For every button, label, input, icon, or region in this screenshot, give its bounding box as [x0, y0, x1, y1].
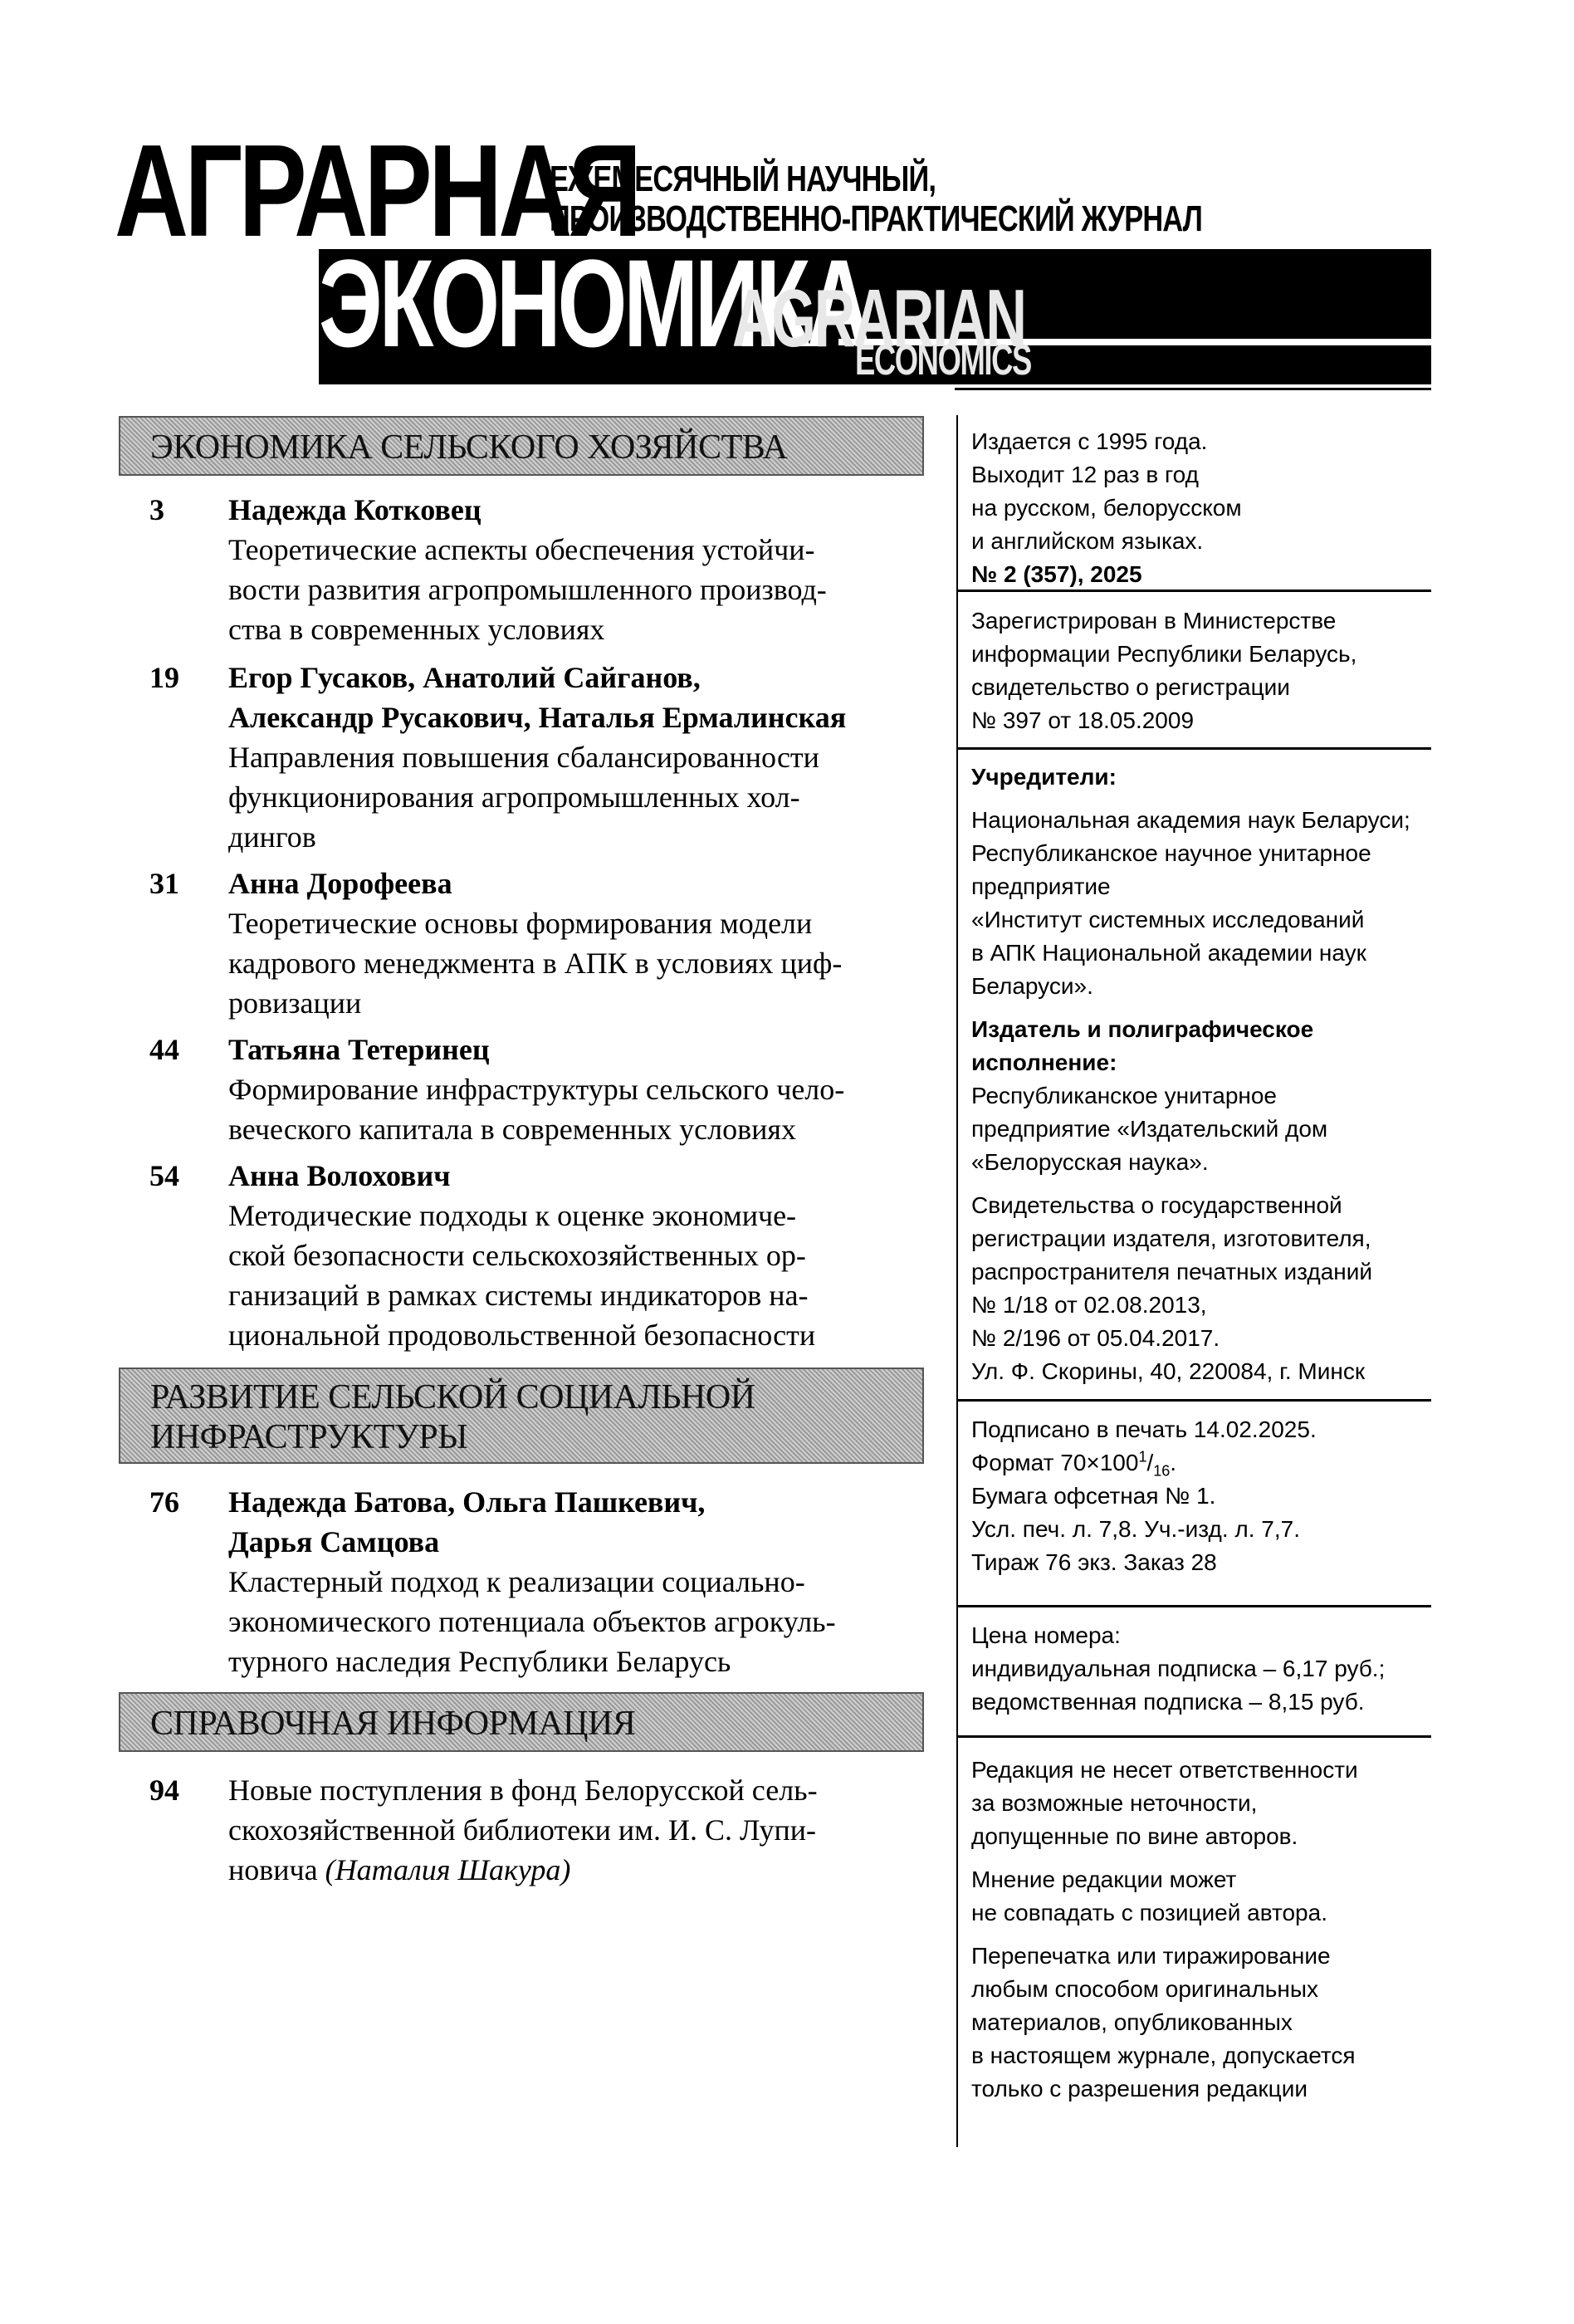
registration-block: Зарегистрирован в Министерстве информаци… — [971, 604, 1444, 737]
disclaimer-line: любым способом оригинальных — [971, 1973, 1444, 2006]
disclaimer-line: Редакция не несет ответственности — [971, 1754, 1444, 1787]
entry-title-line: Теоретические основы формирования модели — [228, 903, 913, 943]
entry-title-line: скохозяйственной библиотеки им. И. С. Лу… — [228, 1810, 913, 1850]
section-title-line: РАЗВИТИЕ СЕЛЬСКОЙ СОЦИАЛЬНОЙ — [150, 1377, 922, 1417]
signed-date: Подписано в печать 14.02.2025. — [971, 1413, 1444, 1446]
section-title-line: ИНФРАСТРУКТУРЫ — [150, 1417, 922, 1457]
format: Формат 70×1001/16. — [971, 1446, 1444, 1480]
founders-line: предприятие — [971, 870, 1444, 903]
divider — [956, 590, 1431, 592]
print-info-block: Подписано в печать 14.02.2025. Формат 70… — [971, 1413, 1444, 1579]
entry-title-line: новича — [228, 1853, 325, 1886]
disclaimer-block: Редакция не несет ответственности за воз… — [971, 1754, 1444, 2106]
toc-entry[interactable]: 54 Анна Волохович Методические подходы к… — [149, 1156, 913, 1355]
certificate-line: № 1/18 от 02.08.2013, — [971, 1289, 1444, 1322]
sheets: Усл. печ. л. 7,8. Уч.-изд. л. 7,7. — [971, 1513, 1444, 1546]
address: Ул. Ф. Скорины, 40, 220084, г. Минск — [971, 1355, 1444, 1388]
entry-authors: Надежда Батова, Ольга Пашкевич, — [228, 1482, 913, 1522]
journal-subtitle: ЕЖЕМЕСЯЧНЫЙ НАУЧНЫЙ, ПРОИЗВОДСТВЕННО-ПРА… — [550, 159, 1202, 239]
page-number: 3 — [149, 490, 216, 530]
subtitle-line1: ЕЖЕМЕСЯЧНЫЙ НАУЧНЫЙ, — [550, 159, 1202, 199]
disclaimer-line: за возможные неточности, — [971, 1787, 1444, 1820]
publisher-line: Республиканское унитарное — [971, 1079, 1444, 1113]
divider — [956, 747, 1431, 750]
entry-authors: Анна Волохович — [228, 1156, 913, 1196]
publisher-line: предприятие «Издательский дом — [971, 1113, 1444, 1146]
publisher-label: Издатель и полиграфическое — [971, 1013, 1444, 1046]
page-number: 76 — [149, 1482, 216, 1522]
disclaimer-line: Мнение редакции может — [971, 1863, 1444, 1896]
toc-entry[interactable]: 19 Егор Гусаков, Анатолий Сайганов, Алек… — [149, 658, 913, 857]
registration-line: информации Республики Беларусь, — [971, 638, 1444, 671]
page-number: 44 — [149, 1030, 216, 1069]
certificate-line: распространителя печатных изданий — [971, 1255, 1444, 1289]
entry-title-line: Формирование инфраструктуры сельского че… — [228, 1069, 913, 1109]
disclaimer-line: только с разрешения редакции — [971, 2072, 1444, 2106]
entry-authors: Анна Дорофеева — [228, 864, 913, 903]
entry-title-line: веческого капитала в современных условия… — [228, 1109, 913, 1149]
divider — [956, 1399, 1431, 1402]
toc-entry[interactable]: 3 Надежда Котковец Теоретические аспекты… — [149, 490, 913, 649]
publisher-line: «Белорусская наука». — [971, 1146, 1444, 1179]
price-individual: индивидуальная подписка – 6,17 руб.; — [971, 1652, 1444, 1686]
disclaimer-line: в настоящем журнале, допускается — [971, 2039, 1444, 2072]
disclaimer-line: Перепечатка или тиражирование — [971, 1940, 1444, 1973]
entry-title-line: турного наследия Республики Беларусь — [228, 1641, 913, 1681]
founders-line: Беларуси». — [971, 970, 1444, 1003]
registration-line: Зарегистрирован в Министерстве — [971, 604, 1444, 638]
certificate-line: Свидетельства о государственной — [971, 1189, 1444, 1222]
registration-line: № 397 от 18.05.2009 — [971, 704, 1444, 737]
page-number: 19 — [149, 658, 216, 697]
about-block: Издается с 1995 года. Выходит 12 раз в г… — [971, 425, 1444, 591]
toc-entry[interactable]: 76 Надежда Батова, Ольга Пашкевич, Дарья… — [149, 1482, 913, 1681]
entry-title-line: Методические подходы к оценке экономиче- — [228, 1196, 913, 1235]
column-divider — [956, 415, 958, 2147]
entry-authors: Александр Русакович, Наталья Ермалинская — [228, 697, 913, 737]
disclaimer-line: не совпадать с позицией автора. — [971, 1896, 1444, 1930]
print-run: Тираж 76 экз. Заказ 28 — [971, 1546, 1444, 1579]
entry-title-line: кадрового менеджмента в АПК в условиях ц… — [228, 943, 913, 983]
entry-title-line: Кластерный подход к реализации социально… — [228, 1562, 913, 1602]
journal-title-en2: ECONOMICS — [855, 339, 1031, 382]
publisher-label: исполнение: — [971, 1046, 1444, 1079]
about-line: Издается с 1995 года. — [971, 425, 1444, 458]
issue-number: № 2 (357), 2025 — [971, 558, 1444, 591]
price-block: Цена номера: индивидуальная подписка – 6… — [971, 1619, 1444, 1719]
banner-underline — [955, 388, 1431, 390]
section-header-agri-economics: ЭКОНОМИКА СЕЛЬСКОГО ХОЗЯЙСТВА — [119, 416, 924, 476]
disclaimer-line: допущенные по вине авторов. — [971, 1820, 1444, 1853]
divider — [956, 1605, 1431, 1607]
page-number: 31 — [149, 864, 216, 903]
entry-title-line: ганизаций в рамках системы индикаторов н… — [228, 1275, 913, 1315]
toc-entry[interactable]: 31 Анна Дорофеева Теоретические основы ф… — [149, 864, 913, 1023]
toc-entry[interactable]: 94 Новые поступления в фонд Белорусской … — [149, 1770, 913, 1890]
about-line: Выходит 12 раз в год — [971, 458, 1444, 492]
entry-title-line: Теоретические аспекты обеспечения устойч… — [228, 530, 913, 570]
entry-title-line: Направления повышения сбалансированности — [228, 737, 913, 777]
toc-entry[interactable]: 44 Татьяна Тетеринец Формирование инфрас… — [149, 1030, 913, 1149]
entry-title-line: Новые поступления в фонд Белорусской сел… — [228, 1770, 913, 1810]
entry-title-line: ровизации — [228, 983, 913, 1023]
entry-title-line: ства в современных условиях — [228, 609, 913, 649]
entry-title-line: функционирования агропромышленных хол- — [228, 777, 913, 817]
entry-title-line: циональной продовольственной безопасност… — [228, 1315, 913, 1355]
entry-authors: Дарья Самцова — [228, 1522, 913, 1562]
divider — [956, 1735, 1431, 1738]
founders-block: Учредители: Национальная академия наук Б… — [971, 761, 1444, 1388]
entry-title-line: вости развития агропромышленного произво… — [228, 570, 913, 609]
entry-authors: Егор Гусаков, Анатолий Сайганов, — [228, 658, 913, 697]
page-number: 54 — [149, 1156, 216, 1196]
entry-author-italic: (Наталия Шакура) — [325, 1853, 571, 1886]
price-institutional: ведомственная подписка – 8,15 руб. — [971, 1686, 1444, 1719]
founders-line: «Институт системных исследований — [971, 903, 1444, 937]
entry-authors: Надежда Котковец — [228, 490, 913, 530]
founders-line: Национальная академия наук Беларуси; — [971, 804, 1444, 837]
about-line: и английском языках. — [971, 525, 1444, 558]
entry-title-line: ской безопасности сельскохозяйственных о… — [228, 1235, 913, 1275]
paper: Бумага офсетная № 1. — [971, 1480, 1444, 1513]
section-header-social-infrastructure: РАЗВИТИЕ СЕЛЬСКОЙ СОЦИАЛЬНОЙ ИНФРАСТРУКТ… — [119, 1367, 924, 1464]
price-label: Цена номера: — [971, 1619, 1444, 1652]
founders-line: Республиканское научное унитарное — [971, 837, 1444, 870]
entry-authors: Татьяна Тетеринец — [228, 1030, 913, 1069]
founders-line: в АПК Национальной академии наук — [971, 937, 1444, 970]
page-number: 94 — [149, 1770, 216, 1810]
certificate-line: № 2/196 от 05.04.2017. — [971, 1322, 1444, 1355]
registration-line: свидетельство о регистрации — [971, 671, 1444, 704]
section-header-reference-info: СПРАВОЧНАЯ ИНФОРМАЦИЯ — [119, 1692, 924, 1752]
founders-label: Учредители: — [971, 761, 1444, 794]
certificate-line: регистрации издателя, изготовителя, — [971, 1222, 1444, 1255]
entry-title-line: экономического потенциала объектов агрок… — [228, 1602, 913, 1641]
disclaimer-line: материалов, опубликованных — [971, 2006, 1444, 2039]
entry-title-line: дингов — [228, 817, 913, 857]
about-line: на русском, белорусском — [971, 492, 1444, 525]
